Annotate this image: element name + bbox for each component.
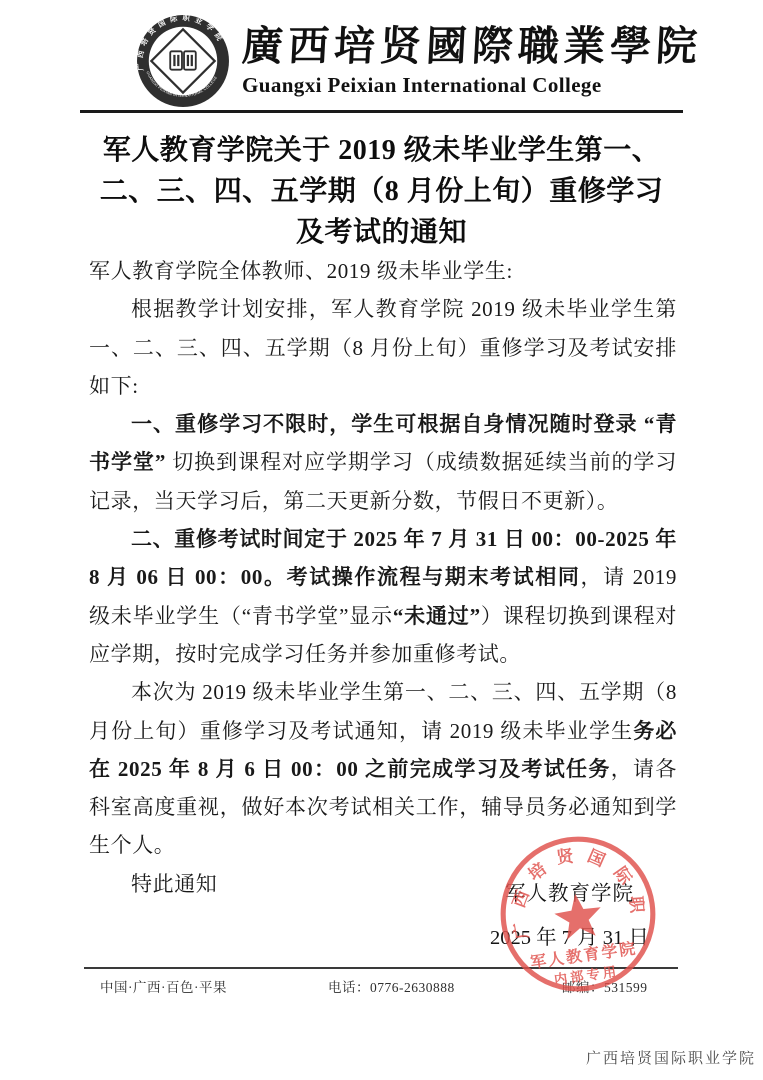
college-name-english: Guangxi Peixian International College <box>242 73 702 98</box>
seal-star-icon <box>552 890 604 941</box>
notice-paragraph: 一、重修学习不限时，学生可根据自身情况随时登录 “青书学堂” 切换到课程对应学期… <box>89 405 677 520</box>
college-name-calligraphy: 廣西培贤國際職業學院 <box>241 24 703 69</box>
college-logo-icon: 广西培贤国际职业学院 GUANGXI PEIXIAN INTERNATIONAL… <box>136 14 230 108</box>
header-divider <box>80 110 683 113</box>
footer-phone: 电话：0776-2630888 <box>328 976 455 996</box>
notice-title-line: 及考试的通知 <box>80 212 683 253</box>
notice-paragraph: 根据教学计划安排，军人教育学院 2019 级未毕业学生第一、二、三、四、五学期（… <box>89 290 677 405</box>
notice-salutation: 军人教育学院全体教师、2019 级未毕业学生: <box>89 252 677 290</box>
paragraph-run: 特此通知 <box>131 872 217 896</box>
paragraph-run: 本次为 2019 级未毕业学生第一、二、三、四、五学期（8 月份上旬）重修学习及… <box>89 680 677 742</box>
letterhead-titles: 廣西培贤國際職業學院 Guangxi Peixian International… <box>242 24 702 97</box>
notice-paragraph: 二、重修考试时间定于 2025 年 7 月 31 日 00：00-2025 年 … <box>89 520 677 673</box>
page-watermark: 广西培贤国际职业学院 <box>586 1047 756 1068</box>
official-seal: 广西培贤国际职业学院 军人教育学院 内部专用 <box>485 821 670 1006</box>
paragraph-run: 切换到课程对应学期学习（成绩数据延续当前的学习记录，当天学习后，第二天更新分数，… <box>89 450 677 512</box>
notice-title: 军人教育学院关于 2019 级未毕业学生第一、二、三、四、五学期（8 月份上旬）… <box>80 130 683 253</box>
notice-body: 军人教育学院全体教师、2019 级未毕业学生: 根据教学计划安排，军人教育学院 … <box>89 252 677 903</box>
letterhead: 广西培贤国际职业学院 GUANGXI PEIXIAN INTERNATIONAL… <box>136 14 702 108</box>
paragraph-run-bold: “未通过” <box>393 604 481 628</box>
notice-title-line: 军人教育学院关于 2019 级未毕业学生第一、 <box>80 130 683 171</box>
footer-address: 中国·广西·百色·平果 <box>100 976 227 996</box>
document-page: 广西培贤国际职业学院 GUANGXI PEIXIAN INTERNATIONAL… <box>0 0 763 1080</box>
seal-inner-line1: 军人教育学院 <box>529 938 638 972</box>
notice-title-line: 二、三、四、五学期（8 月份上旬）重修学习 <box>80 171 683 212</box>
paragraph-run: 根据教学计划安排，军人教育学院 2019 级未毕业学生第一、二、三、四、五学期（… <box>89 297 677 398</box>
